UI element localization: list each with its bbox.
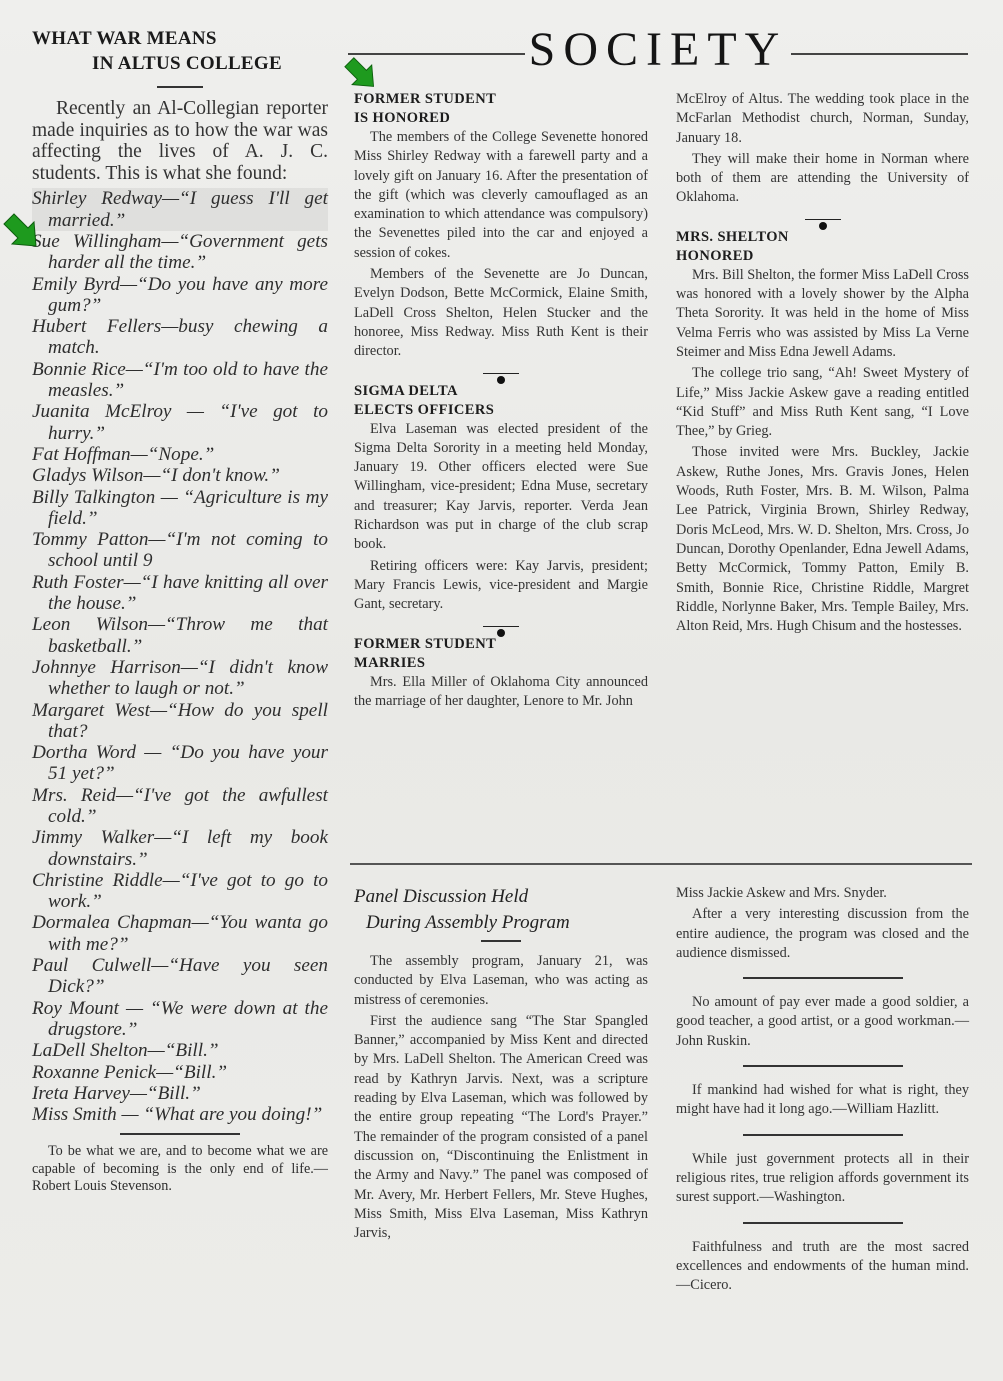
article-headline: MRS. SHELTON [676, 228, 969, 247]
green-arrow-icon [343, 56, 379, 90]
quote-item: Paul Culwell—“Have you seen Dick?” [32, 955, 328, 998]
stevenson-quote: To be what we are, and to become what we… [32, 1143, 328, 1195]
headline-line-2: IN ALTUS COLLEGE [32, 51, 328, 76]
green-arrow-icon [2, 212, 42, 250]
section-divider [350, 863, 972, 865]
quote-item: Shirley Redway—“I guess I'll get married… [32, 188, 328, 231]
headline-line-1: Panel Discussion Held [354, 886, 528, 907]
article-paragraph: They will make their home in Norman wher… [676, 150, 969, 208]
article-paragraph: After a very interesting discussion from… [676, 905, 969, 963]
quote-item: Margaret West—“How do you spell that? [32, 700, 328, 743]
article-headline: FORMER STUDENT [354, 90, 648, 109]
section-title: SOCIETY [525, 22, 792, 78]
article-headline: MARRIES [354, 654, 648, 673]
filler-quote: Faithfulness and truth are the most sacr… [676, 1238, 969, 1296]
quote-item: Billy Talkington — “Agriculture is my fi… [32, 487, 328, 530]
quote-item: Sue Willingham—“Government gets harder a… [32, 231, 328, 274]
quote-item: Dormalea Chapman—“You wanta go with me?” [32, 912, 328, 955]
article-headline: FORMER STUDENT [354, 635, 648, 654]
divider [743, 1222, 903, 1224]
quote-item: Fat Hoffman—“Nope.” [32, 444, 328, 465]
headline-line-1: WHAT WAR MEANS [32, 28, 217, 49]
dot-separator [354, 366, 648, 380]
divider [743, 1065, 903, 1067]
war-means-headline: WHAT WAR MEANS IN ALTUS COLLEGE [32, 26, 328, 76]
intro-paragraph: Recently an Al-Collegian reporter made i… [32, 98, 328, 184]
quote-item: LaDell Shelton—“Bill.” [32, 1040, 328, 1061]
quote-item: Miss Smith — “What are you doing!” [32, 1104, 328, 1125]
article-paragraph: The members of the College Sevenette hon… [354, 128, 648, 263]
society-right-column: McElroy of Altus. The wedding took place… [676, 90, 969, 638]
divider [481, 940, 521, 942]
war-means-column: WHAT WAR MEANS IN ALTUS COLLEGE Recently… [32, 26, 328, 1195]
dot-separator [676, 212, 969, 226]
article-paragraph: The college trio sang, “Ah! Sweet Myster… [676, 364, 969, 441]
quote-item: Emily Byrd—“Do you have any more gum?” [32, 274, 328, 317]
filler-quote: If mankind had wished for what is right,… [676, 1081, 969, 1120]
article-former-student-honored: FORMER STUDENT IS HONORED The members of… [354, 90, 648, 362]
quote-item: Roxanne Penick—“Bill.” [32, 1062, 328, 1083]
divider [743, 1134, 903, 1136]
article-paragraph: The assembly program, January 21, was co… [354, 952, 648, 1010]
quote-item: Tommy Patton—“I'm not coming to school u… [32, 529, 328, 572]
article-paragraph: Miss Jackie Askew and Mrs. Snyder. [676, 884, 969, 903]
article-panel-discussion: Panel Discussion Held During Assembly Pr… [354, 884, 648, 1245]
divider [743, 977, 903, 979]
divider [120, 1133, 240, 1135]
article-sigma-delta: SIGMA DELTA ELECTS OFFICERS Elva Laseman… [354, 382, 648, 615]
article-headline: HONORED [676, 247, 969, 266]
quote-item: Leon Wilson—“Throw me that basketball.” [32, 614, 328, 657]
article-mrs-shelton-honored: MRS. SHELTON HONORED Mrs. Bill Shelton, … [676, 228, 969, 637]
quote-item: Ruth Foster—“I have knitting all over th… [32, 572, 328, 615]
newspaper-page: WHAT WAR MEANS IN ALTUS COLLEGE Recently… [0, 0, 1003, 1381]
quote-item: Gladys Wilson—“I don't know.” [32, 465, 328, 486]
article-former-student-marries: FORMER STUDENT MARRIES Mrs. Ella Miller … [354, 635, 648, 712]
article-headline: SIGMA DELTA [354, 382, 648, 401]
article-paragraph: Those invited were Mrs. Buckley, Jackie … [676, 443, 969, 636]
filler-quote: No amount of pay ever made a good soldie… [676, 993, 969, 1051]
article-paragraph: Members of the Sevenette are Jo Duncan, … [354, 265, 648, 361]
quote-item: Johnnye Harrison—“I didn't know whether … [32, 657, 328, 700]
quote-item: Bonnie Rice—“I'm too old to have the mea… [32, 359, 328, 402]
article-headline: ELECTS OFFICERS [354, 401, 648, 420]
article-paragraph: Mrs. Ella Miller of Oklahoma City announ… [354, 673, 648, 712]
article-paragraph: Mrs. Bill Shelton, the former Miss LaDel… [676, 266, 969, 362]
quote-item: Mrs. Reid—“I've got the awfullest cold.” [32, 785, 328, 828]
panel-continued-and-quotes: Miss Jackie Askew and Mrs. Snyder. After… [676, 884, 969, 1297]
society-middle-column: FORMER STUDENT IS HONORED The members of… [354, 90, 648, 713]
article-paragraph: Elva Laseman was elected president of th… [354, 420, 648, 555]
filler-quote: While just government protects all in th… [676, 1150, 969, 1208]
masthead-rule-right [791, 53, 968, 55]
quote-item: Roy Mount — “We were down at the drugsto… [32, 998, 328, 1041]
article-paragraph: Retiring officers were: Kay Jarvis, pres… [354, 557, 648, 615]
headline-line-2: During Assembly Program [354, 910, 648, 936]
quote-item: Jimmy Walker—“I left my book downstairs.… [32, 827, 328, 870]
quote-item: Christine Riddle—“I've got to go to work… [32, 870, 328, 913]
quote-item: Juanita McElroy — “I've got to hurry.” [32, 401, 328, 444]
article-headline: Panel Discussion Held During Assembly Pr… [354, 884, 648, 936]
article-paragraph: First the audience sang “The Star Spangl… [354, 1012, 648, 1244]
student-quotes-list: Shirley Redway—“I guess I'll get married… [32, 188, 328, 1125]
quote-item: Ireta Harvey—“Bill.” [32, 1083, 328, 1104]
dot-separator [354, 619, 648, 633]
society-masthead: SOCIETY [348, 22, 968, 78]
article-paragraph: McElroy of Altus. The wedding took place… [676, 90, 969, 148]
masthead-rule-left [348, 53, 525, 55]
quote-item: Hubert Fellers—busy chewing a match. [32, 316, 328, 359]
quote-item: Dortha Word — “Do you have your 51 yet?” [32, 742, 328, 785]
article-headline: IS HONORED [354, 109, 648, 128]
divider [157, 86, 203, 88]
